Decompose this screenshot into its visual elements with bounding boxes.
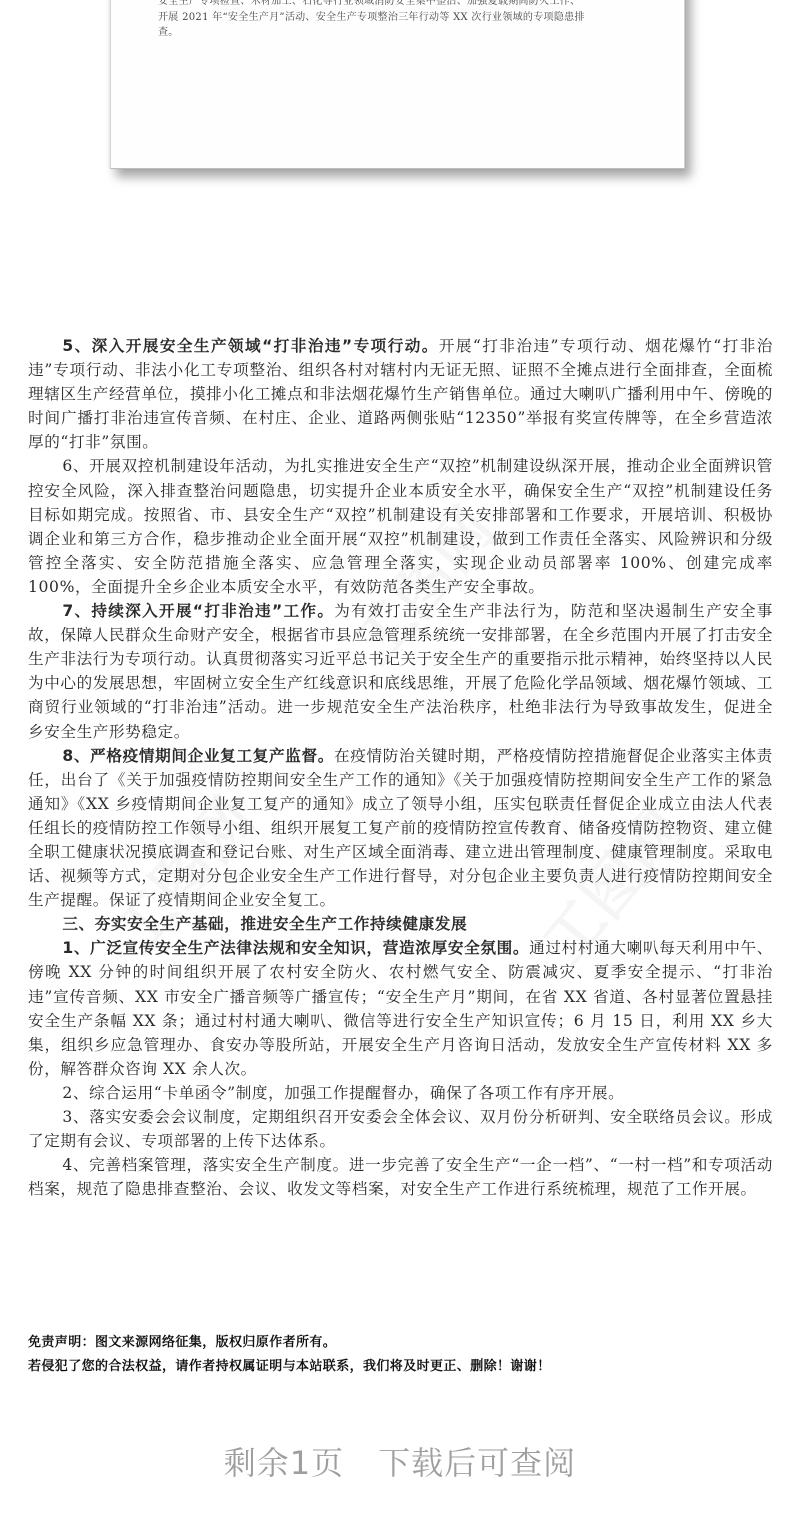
section-item-1: 1、广泛宣传安全生产法律法规和安全知识，营造浓厚安全氛围。通过村村通大喇叭每天利… <box>28 936 773 1081</box>
paragraph-lead: 8、严格疫情期间企业复工复产监督。 <box>62 747 334 765</box>
paragraph-text: 2、综合运用“卡单函令”制度，加强工作提醒督办，确保了各项工作有序开展。 <box>62 1084 624 1102</box>
paragraph-text: 4、完善档案管理，落实安全生产制度。进一步完善了安全生产“一企一档”、“一村一档… <box>28 1156 773 1198</box>
paragraph-text: 3、落实安委会会议制度，定期组织召开安委会全体会议、双月份分析研判、安全联络员会… <box>28 1108 773 1150</box>
preview-line: 开展 2021 年“安全生产月”活动、安全生产专项整治三年行动等 XX 次行业领… <box>158 10 658 26</box>
document-body: 5、深入开展安全生产领域“打非治违”专项行动。开展“打非治违”专项行动、烟花爆竹… <box>28 334 773 1201</box>
paragraph-item-5: 5、深入开展安全生产领域“打非治违”专项行动。开展“打非治违”专项行动、烟花爆竹… <box>28 334 773 454</box>
paragraph-item-8: 8、严格疫情期间企业复工复产监督。在疫情防治关键时期，严格疫情防控措施督促企业落… <box>28 744 773 913</box>
paragraph-lead: 1、广泛宣传安全生产法律法规和安全知识，营造浓厚安全氛围。 <box>62 939 529 957</box>
disclaimer-line: 若侵犯了您的合法权益，请作者持权属证明与本站联系，我们将及时更正、删除！谢谢！ <box>28 1355 768 1379</box>
paragraph-text: 通过村村通大喇叭每天利用中午、傍晚 XX 分钟的时间组织开展了农村安全防火、农村… <box>28 939 773 1077</box>
paragraph-item-7: 7、持续深入开展“打非治违”工作。为有效打击安全生产非法行为，防范和坚决遏制生产… <box>28 599 773 744</box>
section-item-4: 4、完善档案管理，落实安全生产制度。进一步完善了安全生产“一企一档”、“一村一档… <box>28 1153 773 1201</box>
paragraph-lead: 5、深入开展安全生产领域“打非治违”专项行动。 <box>62 337 439 355</box>
paragraph-text: 6、开展双控机制建设年活动，为扎实推进安全生产“双控”机制建设纵深开展，推动企业… <box>28 457 773 595</box>
paragraph-item-6: 6、开展双控机制建设年活动，为扎实推进安全生产“双控”机制建设纵深开展，推动企业… <box>28 454 773 599</box>
section-item-3: 3、落实安委会会议制度，定期组织召开安委会全体会议、双月份分析研判、安全联络员会… <box>28 1105 773 1153</box>
preview-page-text: 安全生产专项检查、木材加工、石化等行业领域消防安全集中整治、加强爱载期间防火工作… <box>158 0 658 41</box>
disclaimer-line: 免责声明：图文来源网络征集，版权归原作者所有。 <box>28 1331 768 1355</box>
paragraph-text: 为有效打击安全生产非法行为，防范和坚决遏制生产安全事故，保障人民群众生命财产安全… <box>28 602 773 740</box>
preview-line: 安全生产专项检查、木材加工、石化等行业领域消防安全集中整治、加强爱载期间防火工作… <box>158 0 658 10</box>
disclaimer: 免责声明：图文来源网络征集，版权归原作者所有。 若侵犯了您的合法权益，请作者持权… <box>28 1331 768 1379</box>
paragraph-lead: 7、持续深入开展“打非治违”工作。 <box>62 602 334 620</box>
download-to-view-banner[interactable]: 剩余1页下载后可查阅 <box>0 1438 800 1484</box>
remaining-pages-label: 剩余1页 <box>224 1444 344 1482</box>
section-heading: 三、夯实安全生产基础，推进安全生产工作持续健康发展 <box>28 912 773 936</box>
section-item-2: 2、综合运用“卡单函令”制度，加强工作提醒督办，确保了各项工作有序开展。 <box>28 1081 773 1105</box>
preview-line: 查。 <box>158 25 658 41</box>
document-preview-page: 安全生产专项检查、木材加工、石化等行业领域消防安全集中整治、加强爱载期间防火工作… <box>110 0 685 169</box>
paragraph-text: 在疫情防治关键时期，严格疫情防控措施督促企业落实主体责任，出台了《关于加强疫情防… <box>28 747 773 910</box>
download-to-view-label[interactable]: 下载后可查阅 <box>378 1444 576 1482</box>
